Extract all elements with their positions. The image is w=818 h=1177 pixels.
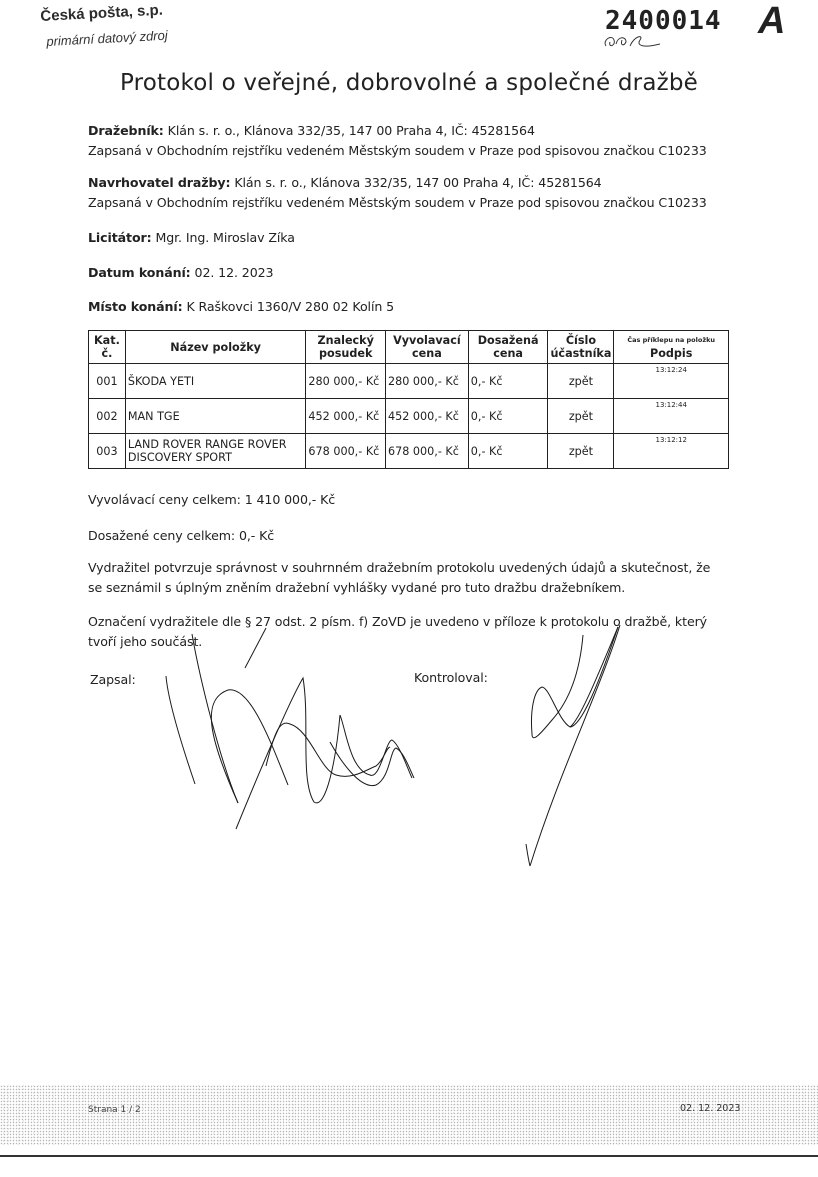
licitator-line: Licitátor: Mgr. Ing. Miroslav Zíka <box>88 228 295 248</box>
header-participant-number: Čísloúčastníka <box>548 331 614 364</box>
document-letter: A <box>758 0 785 43</box>
handwritten-initials-mark <box>600 28 670 53</box>
signature-checked-by <box>500 610 640 880</box>
item-name-line: MAN TGE <box>128 410 304 423</box>
item-name-line: LAND ROVER RANGE ROVER <box>128 438 304 451</box>
cell-name: MAN TGE <box>125 399 306 434</box>
cell-expert-appraisal: 452 000,- Kč <box>306 399 386 434</box>
licitator-label: Licitátor: <box>88 230 152 245</box>
auctioneer-registration: Zapsaná v Obchodním rejstříku vedeném Mě… <box>88 141 707 161</box>
table-row: 002MAN TGE452 000,- Kč452 000,- Kč0,- Kč… <box>89 399 729 434</box>
signature-recorded-by <box>140 620 430 850</box>
proposer-value: Klán s. r. o., Klánova 332/35, 147 00 Pr… <box>234 175 601 190</box>
cell-kat: 003 <box>89 434 126 469</box>
scan-edge-line <box>0 1155 818 1157</box>
proposer-label: Navrhovatel dražby: <box>88 175 230 190</box>
achieved-total: Dosažené ceny celkem: 0,- Kč <box>88 526 274 546</box>
cell-reserve-price: 678 000,- Kč <box>386 434 469 469</box>
table-header-row: Kat. č. Název položky Znaleckýposudek Vy… <box>89 331 729 364</box>
cell-kat: 002 <box>89 399 126 434</box>
reserve-total: Vyvolávací ceny celkem: 1 410 000,- Kč <box>88 490 335 510</box>
licitator-value: Mgr. Ing. Miroslav Zíka <box>155 230 294 245</box>
cell-expert-appraisal: 678 000,- Kč <box>306 434 386 469</box>
auctioneer-section: Dražebník: Klán s. r. o., Klánova 332/35… <box>88 121 707 161</box>
place-label: Místo konání: <box>88 299 183 314</box>
place-line: Místo konání: K Raškovci 1360/V 280 02 K… <box>88 297 394 317</box>
cell-reserve-price: 280 000,- Kč <box>386 364 469 399</box>
footer-date: 02. 12. 2023 <box>680 1103 740 1114</box>
date-line: Datum konání: 02. 12. 2023 <box>88 263 273 283</box>
place-value: K Raškovci 1360/V 280 02 Kolín 5 <box>186 299 394 314</box>
cell-name: ŠKODA YETI <box>125 364 306 399</box>
cell-hammer-time: 13:12:24 <box>614 364 729 399</box>
cell-hammer-time: 13:12:44 <box>614 399 729 434</box>
recorded-by-label: Zapsal: <box>90 670 136 690</box>
header-signature: Čas příklepu na položkuPodpis <box>614 331 729 364</box>
proposer-section: Navrhovatel dražby: Klán s. r. o., Kláno… <box>88 173 707 213</box>
cell-reserve-price: 452 000,- Kč <box>386 399 469 434</box>
cell-participant-number: zpět <box>548 399 614 434</box>
header-expert-appraisal: Znaleckýposudek <box>306 331 386 364</box>
cell-achieved-price: 0,- Kč <box>468 364 548 399</box>
cell-achieved-price: 0,- Kč <box>468 399 548 434</box>
cell-hammer-time: 13:12:12 <box>614 434 729 469</box>
cell-name: LAND ROVER RANGE ROVERDISCOVERY SPORT <box>125 434 306 469</box>
header-kat: Kat. č. <box>89 331 126 364</box>
proposer-registration: Zapsaná v Obchodním rejstříku vedeném Mě… <box>88 193 707 213</box>
header-name: Název položky <box>125 331 306 364</box>
item-name-line: DISCOVERY SPORT <box>128 451 304 464</box>
header-reserve-price: Vyvolavacícena <box>386 331 469 364</box>
header-achieved-price: Dosaženácena <box>468 331 548 364</box>
page-number: Strana 1 / 2 <box>88 1105 141 1115</box>
item-name-line: ŠKODA YETI <box>128 375 304 388</box>
cell-participant-number: zpět <box>548 364 614 399</box>
confirmation-statement: Vydražitel potvrzuje správnost v souhrnn… <box>88 558 728 598</box>
date-label: Datum konání: <box>88 265 191 280</box>
auctioneer-label: Dražebník: <box>88 123 164 138</box>
scan-noise-band <box>0 1085 818 1145</box>
postal-stamp-organization: Česká pošta, s.p. <box>40 2 163 25</box>
date-value: 02. 12. 2023 <box>195 265 274 280</box>
cell-expert-appraisal: 280 000,- Kč <box>306 364 386 399</box>
cell-achieved-price: 0,- Kč <box>468 434 548 469</box>
postal-stamp-source: primární datový zdroj <box>46 28 168 49</box>
table-row: 001ŠKODA YETI280 000,- Kč280 000,- Kč0,-… <box>89 364 729 399</box>
table-row: 003LAND ROVER RANGE ROVERDISCOVERY SPORT… <box>89 434 729 469</box>
cell-participant-number: zpět <box>548 434 614 469</box>
auction-items-table: Kat. č. Název položky Znaleckýposudek Vy… <box>88 330 729 469</box>
cell-kat: 001 <box>89 364 126 399</box>
page-title: Protokol o veřejné, dobrovolné a společn… <box>0 70 818 96</box>
auctioneer-value: Klán s. r. o., Klánova 332/35, 147 00 Pr… <box>168 123 535 138</box>
